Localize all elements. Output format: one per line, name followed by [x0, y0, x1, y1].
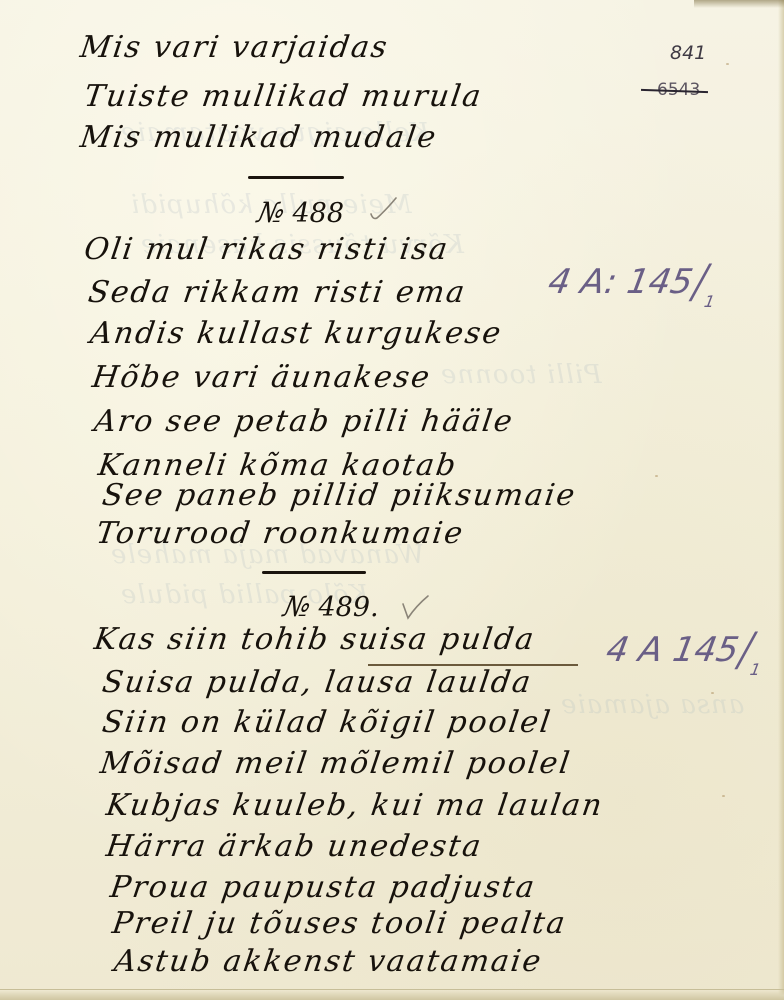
- song-number-heading: №488: [258, 196, 344, 229]
- verse-line: Mis mullikad mudale: [78, 120, 440, 155]
- verse-line: Preil ju tõuses tooli pealta: [110, 906, 569, 941]
- verse-line: Astub akkenst vaatamaie: [112, 944, 545, 979]
- number-sign: №: [254, 196, 288, 229]
- checkmark-icon: [400, 594, 430, 620]
- verse-line: Kas siin tohib suisa pulda: [92, 622, 538, 657]
- bleed-through-text: ansa ajamaie: [560, 690, 744, 720]
- verse-line: Suisa pulda, lausa laulda: [100, 665, 535, 700]
- archive-reference: 4 A 145/1: [602, 630, 768, 679]
- paper-spot: [726, 63, 729, 65]
- paper-edge-right: [778, 0, 784, 1000]
- verse-line: Kubjas kuuleb, kui ma laulan: [104, 788, 606, 823]
- checkmark-icon: [368, 196, 398, 222]
- reference-suffix: 1: [749, 660, 763, 679]
- paper-spot: [655, 475, 658, 477]
- paper-edge-shadow: [694, 0, 784, 8]
- song-number-heading: №489.: [284, 590, 379, 623]
- reference-prefix: 4 A: [603, 630, 666, 670]
- verse-line: Aro see petab pilli hääle: [92, 404, 516, 439]
- verse-line: Siin on külad kõigil poolel: [100, 705, 554, 740]
- bleed-through-text: Pilli toonne: [440, 360, 602, 390]
- verse-line: Proua paupusta padjusta: [108, 870, 538, 905]
- paper-spot: [722, 795, 725, 797]
- verse-line: Tuiste mullikad murula: [82, 79, 485, 114]
- verse-line: Härra ärkab unedesta: [104, 829, 485, 864]
- archive-page-number: 841: [670, 42, 706, 64]
- verse-line: Torurood roonkumaie: [94, 516, 466, 551]
- reference-value: 145: [624, 262, 696, 302]
- reference-suffix: 1: [703, 292, 717, 311]
- section-divider: [262, 571, 366, 574]
- archive-old-page-number: 6543: [657, 80, 700, 100]
- verse-line: Andis kullast kurgukese: [88, 316, 505, 351]
- reference-prefix: 4 A:: [545, 262, 620, 302]
- verse-line: Mis vari varjaidas: [78, 30, 391, 65]
- section-divider: [248, 176, 344, 179]
- manuscript-page: Kelle aigus vaatamaie Meie pulla kõhupid…: [0, 0, 784, 1000]
- verse-line: Oli mul rikas risti isa: [82, 232, 451, 267]
- verse-line: Mõisad meil mõlemil poolel: [98, 746, 574, 781]
- song-number: 488: [293, 198, 345, 229]
- song-number: 489.: [319, 592, 379, 623]
- number-sign: №: [280, 590, 314, 623]
- reference-value: 145: [670, 630, 742, 670]
- verse-line: Hõbe vari äunakese: [90, 360, 433, 395]
- verse-line: Seda rikkam risti ema: [86, 275, 469, 310]
- verse-line: See paneb pillid piiksumaie: [100, 478, 579, 513]
- paper-edge-bottom: [0, 989, 784, 1000]
- archive-reference: 4 A: 145/1: [544, 262, 722, 311]
